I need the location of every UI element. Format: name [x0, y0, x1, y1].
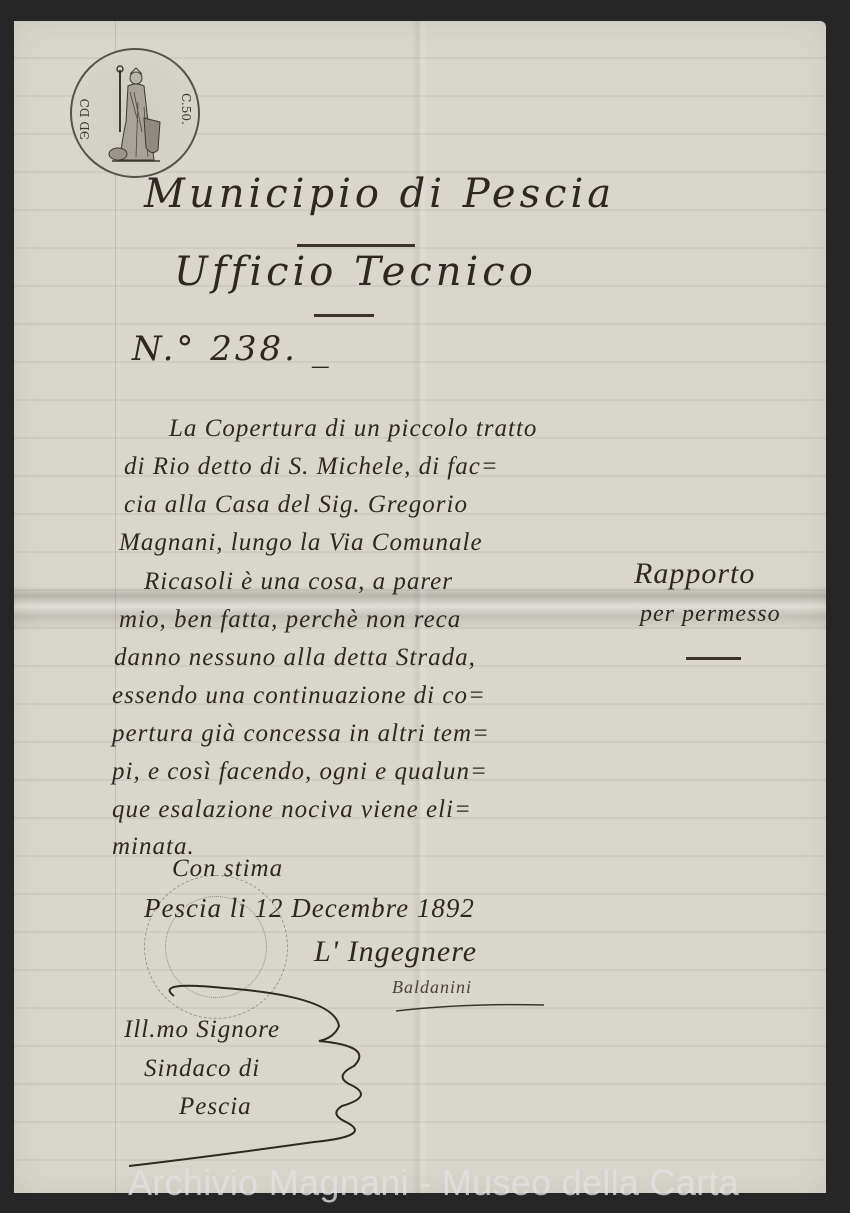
letter-paper: ЭD DƆ C.50. Municipio di Pescia Ufficio … [14, 21, 826, 1193]
header-rule-bottom [314, 314, 374, 317]
body-line-6: mio, ben fatta, perchè non reca [119, 606, 461, 634]
header-municipality: Municipio di Pescia [144, 171, 615, 217]
margin-note-title: Rapporto [634, 557, 755, 591]
margin-note-subtitle: per permesso [640, 601, 781, 628]
body-line-5: Ricasoli è una cosa, a parer [144, 568, 453, 596]
margin-note-rule [686, 657, 741, 660]
body-line-3: cia alla Casa del Sig. Gregorio [124, 491, 468, 519]
signature-flourish [394, 997, 554, 1017]
body-line-2: di Rio detto di S. Michele, di fac= [124, 453, 499, 481]
body-line-11: que esalazione nociva viene eli= [112, 796, 472, 824]
allegorical-figure-icon [108, 62, 162, 166]
closing: Con stima [172, 855, 283, 883]
header-rule-top [297, 244, 415, 247]
body-line-4: Magnani, lungo la Via Comunale [119, 529, 483, 557]
revenue-stamp: ЭD DƆ C.50. [70, 48, 200, 178]
header-office: Ufficio Tecnico [174, 249, 537, 295]
signature-title: L' Ingegnere [314, 935, 477, 969]
stamp-left-text: ЭD DƆ [78, 99, 92, 140]
stamp-value-text: C.50. [179, 93, 193, 125]
body-line-1: La Copertura di un piccolo tratto [169, 415, 537, 443]
place-date: Pescia li 12 Decembre 1892 [144, 893, 475, 924]
body-line-9: pertura già concessa in altri tem= [112, 720, 490, 748]
archive-watermark: Archivio Magnani - Museo della Carta [128, 1162, 739, 1204]
signature-name: Baldanini [392, 977, 472, 998]
body-line-7: danno nessuno alla detta Strada, [114, 644, 476, 672]
addressee-flourish [114, 966, 384, 1176]
body-line-10: pi, e così facendo, ogni e qualun= [112, 758, 488, 786]
body-line-8: essendo una continuazione di co= [112, 682, 486, 710]
protocol-number: N.° 238. _ [132, 329, 332, 369]
